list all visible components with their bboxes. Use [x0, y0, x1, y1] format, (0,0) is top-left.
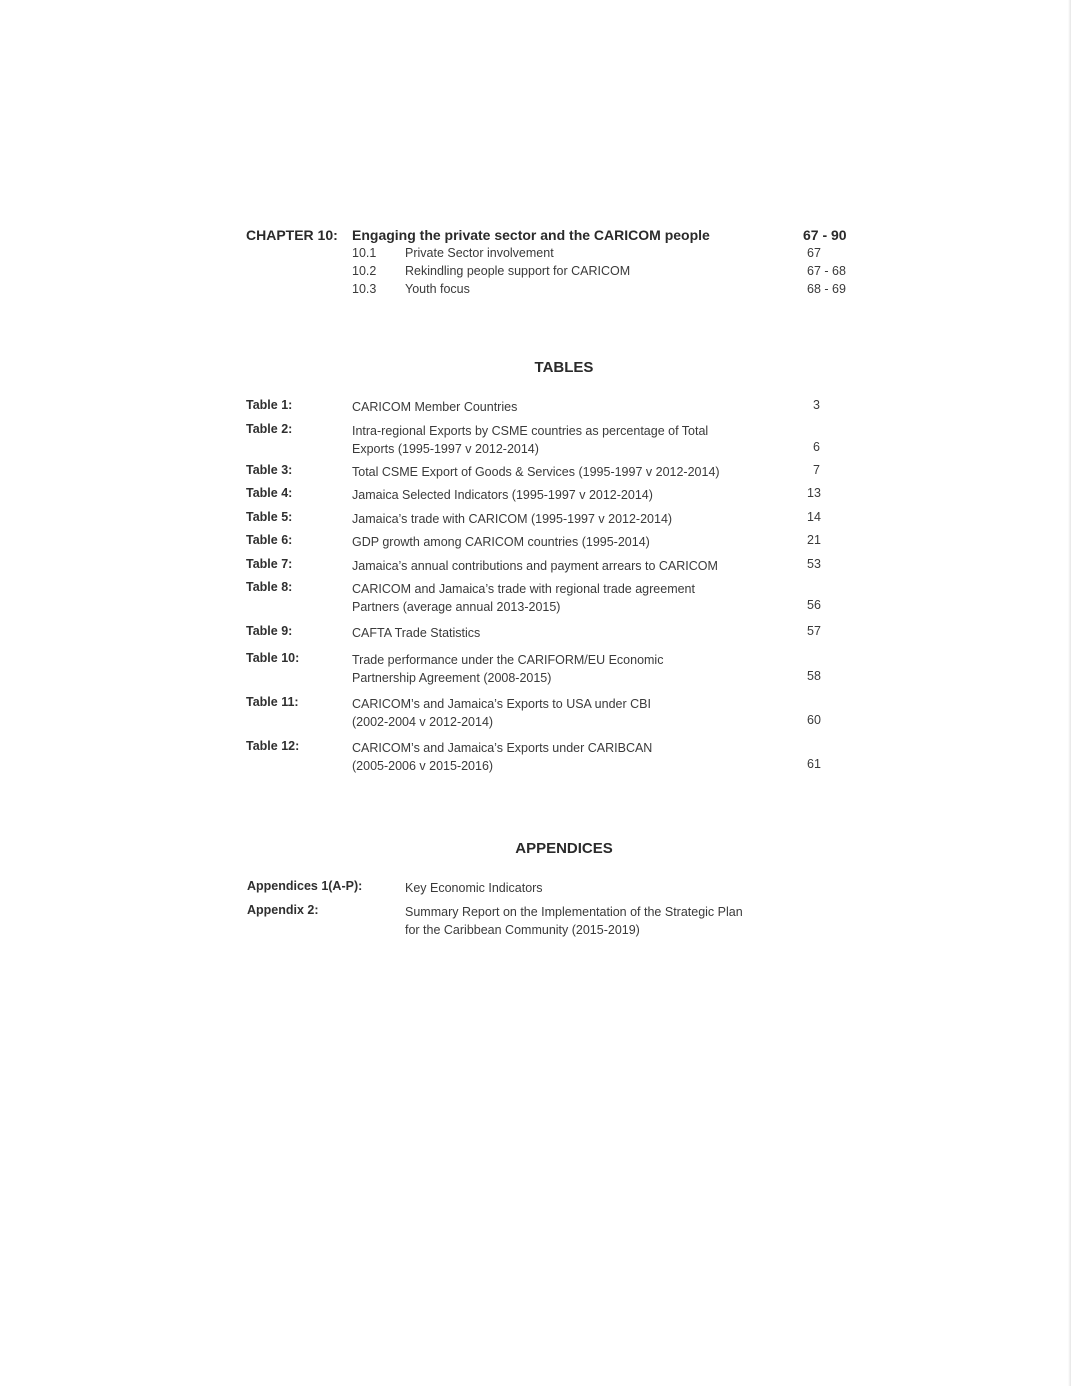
table-page-number: 56 — [807, 598, 821, 612]
appendix-description: Key Economic Indicators — [405, 879, 825, 897]
table-description: Total CSME Export of Goods & Services (1… — [352, 463, 772, 481]
table-label: Table 8: — [246, 580, 292, 594]
section-number: 10.2 — [352, 264, 376, 278]
table-label: Table 5: — [246, 510, 292, 524]
table-description: CARICOM’s and Jamaica’s Exports under CA… — [352, 739, 772, 757]
table-label: Table 6: — [246, 533, 292, 547]
table-description: CARICOM and Jamaica’s trade with regiona… — [352, 580, 772, 598]
table-description: Jamaica Selected Indicators (1995-1997 v… — [352, 486, 772, 504]
table-description: GDP growth among CARICOM countries (1995… — [352, 533, 772, 551]
table-label: Table 9: — [246, 624, 292, 638]
chapter-label: CHAPTER 10: — [246, 227, 338, 243]
section-number: 10.3 — [352, 282, 376, 296]
table-label: Table 12: — [246, 739, 299, 753]
table-page-number: 61 — [807, 757, 821, 771]
appendices-heading: APPENDICES — [0, 840, 1071, 857]
section-number: 10.1 — [352, 246, 376, 260]
tables-heading: TABLES — [0, 359, 1071, 376]
table-page-number: 13 — [807, 486, 821, 500]
section-pages: 68 - 69 — [807, 282, 846, 296]
table-label: Table 1: — [246, 398, 292, 412]
chapter-title: Engaging the private sector and the CARI… — [352, 227, 710, 243]
table-label: Table 3: — [246, 463, 292, 477]
table-description: CARICOM’s and Jamaica’s Exports to USA u… — [352, 695, 772, 713]
table-description: CAFTA Trade Statistics — [352, 624, 772, 642]
table-description: Partnership Agreement (2008-2015) — [352, 669, 772, 687]
table-description: CARICOM Member Countries — [352, 398, 772, 416]
section-pages: 67 — [807, 246, 821, 260]
section-title: Youth focus — [405, 282, 470, 296]
table-page-number: 21 — [807, 533, 821, 547]
table-description: Intra-regional Exports by CSME countries… — [352, 422, 772, 440]
table-description: Partners (average annual 2013-2015) — [352, 598, 772, 616]
table-label: Table 7: — [246, 557, 292, 571]
table-page-number: 57 — [807, 624, 821, 638]
chapter-pages: 67 - 90 — [803, 227, 847, 243]
section-title: Rekindling people support for CARICOM — [405, 264, 630, 278]
table-label: Table 11: — [246, 695, 299, 709]
appendix-description: for the Caribbean Community (2015-2019) — [405, 921, 825, 939]
table-page-number: 53 — [807, 557, 821, 571]
table-page-number: 7 — [813, 463, 820, 477]
section-title: Private Sector involvement — [405, 246, 554, 260]
appendix-label: Appendices 1(A-P): — [247, 879, 362, 893]
appendix-label: Appendix 2: — [247, 903, 319, 917]
table-label: Table 2: — [246, 422, 292, 436]
table-page-number: 3 — [813, 398, 820, 412]
table-page-number: 58 — [807, 669, 821, 683]
appendix-description: Summary Report on the Implementation of … — [405, 903, 825, 921]
table-description: Jamaica’s annual contributions and payme… — [352, 557, 772, 575]
table-description: (2002-2004 v 2012-2014) — [352, 713, 772, 731]
table-page-number: 6 — [813, 440, 820, 454]
table-description: Jamaica’s trade with CARICOM (1995-1997 … — [352, 510, 772, 528]
section-pages: 67 - 68 — [807, 264, 846, 278]
table-label: Table 10: — [246, 651, 299, 665]
table-description: Exports (1995-1997 v 2012-2014) — [352, 440, 772, 458]
table-description: Trade performance under the CARIFORM/EU … — [352, 651, 772, 669]
table-description: (2005-2006 v 2015-2016) — [352, 757, 772, 775]
table-page-number: 14 — [807, 510, 821, 524]
table-page-number: 60 — [807, 713, 821, 727]
table-label: Table 4: — [246, 486, 292, 500]
